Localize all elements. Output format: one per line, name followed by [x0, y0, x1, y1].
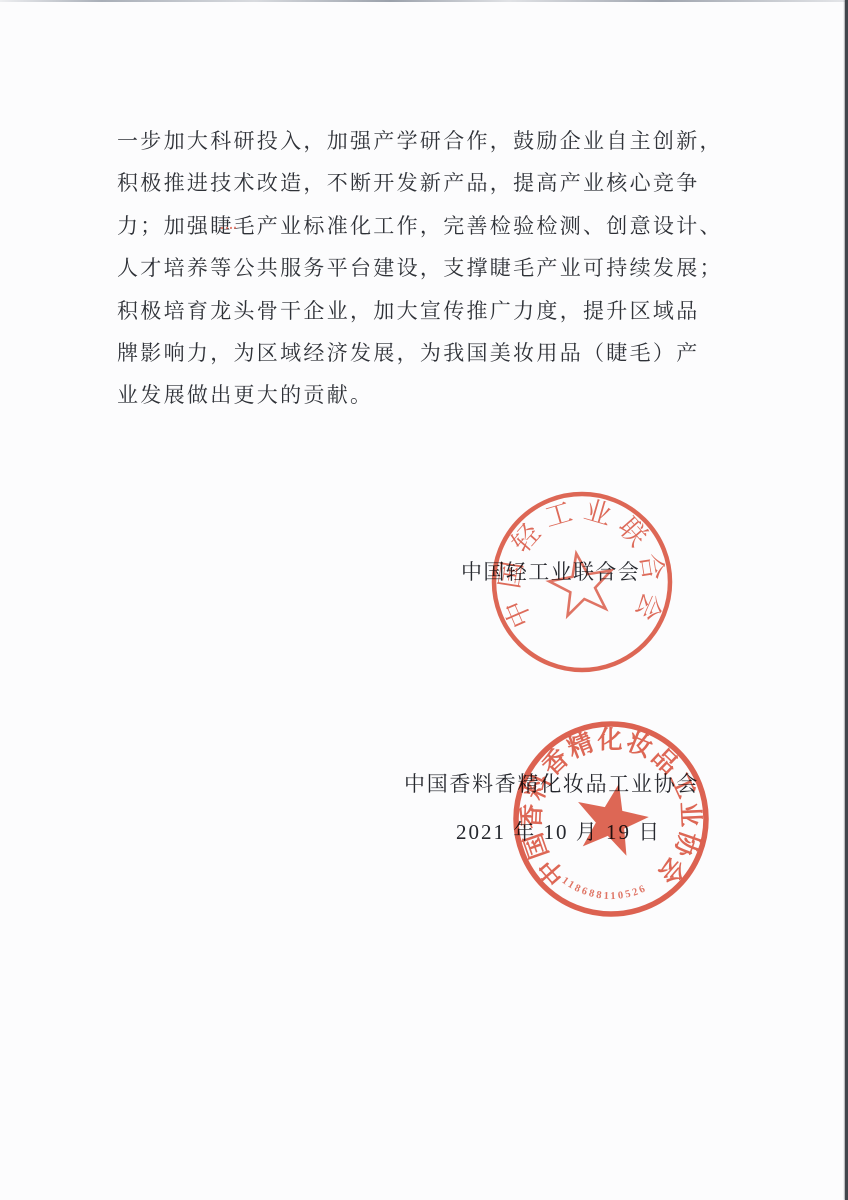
star-filled-icon: [569, 776, 654, 858]
body-line: 力；加强睫毛产业标准化工作，完善检验检测、创意设计、: [117, 205, 737, 247]
body-line: 积极培育龙头骨干企业，加大宣传推广力度，提升区域品: [117, 290, 737, 332]
body-line: 业发展做出更大的贡献。: [117, 374, 737, 416]
official-seal-org2: 中国香料香精化妆品工业协会 118688110526: [506, 714, 716, 924]
body-line: 人才培养等公共服务平台建设，支撑睫毛产业可持续发展；: [117, 247, 737, 289]
scanned-letter-page: 一步加大科研投入，加强产学研合作，鼓励企业自主创新， 积极推进技术改造，不断开发…: [0, 0, 848, 1200]
seal2-serial-number: 118688110526: [560, 875, 650, 902]
body-line: 积极推进技术改造，不断开发新产品，提高产业核心竞争: [117, 162, 737, 204]
body-line: 牌影响力，为区域经济发展，为我国美妆用品（睫毛）产: [117, 332, 737, 374]
official-seal-org1: 中国轻工业联合会: [482, 482, 682, 682]
body-line: 一步加大科研投入，加强产学研合作，鼓励企业自主创新，: [117, 120, 737, 162]
scan-edge-top: [0, 0, 848, 2]
letter-body: 一步加大科研投入，加强产学研合作，鼓励企业自主创新， 积极推进技术改造，不断开发…: [117, 120, 737, 417]
star-outline-icon: [545, 548, 617, 618]
